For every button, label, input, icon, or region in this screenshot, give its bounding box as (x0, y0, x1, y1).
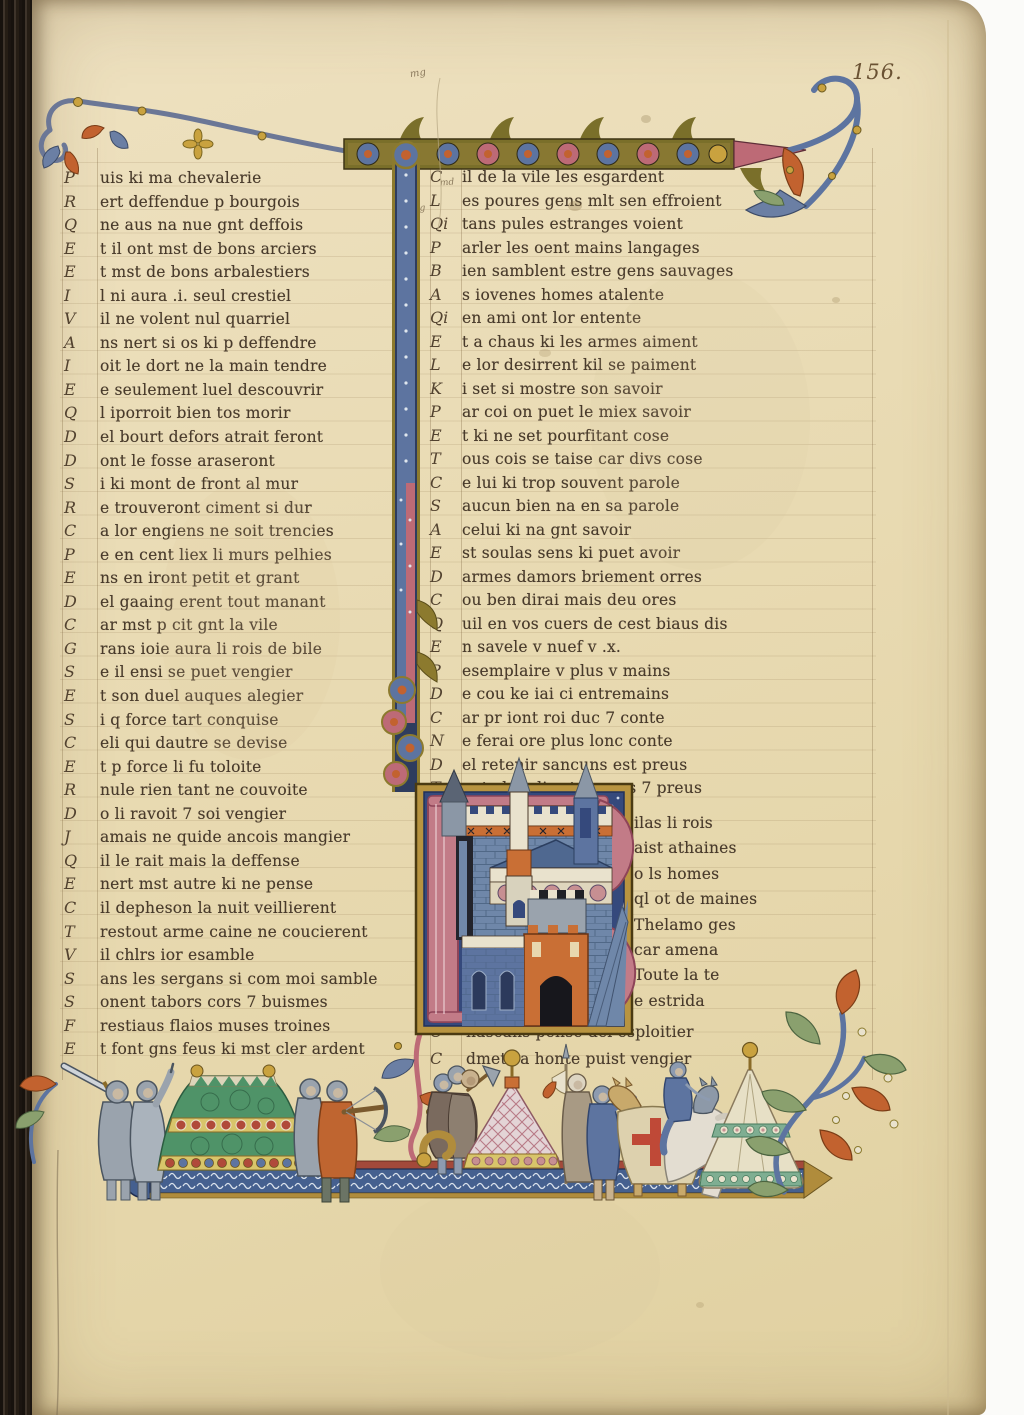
verse-line: e estrida (634, 992, 757, 1017)
verse-initial: E (64, 1039, 100, 1058)
verse-text: t font gns feus ki mst cler ardent (100, 1040, 365, 1058)
verse-text: ont le fosse araseront (100, 452, 275, 470)
verse-initial: E (64, 874, 100, 893)
verse-text: i set si mostre son savoir (462, 380, 663, 398)
verse-line: D el gaaing erent tout manant (64, 592, 378, 616)
verse-text: l iporroit bien tos morir (100, 404, 291, 422)
verse-initial: C (64, 733, 100, 752)
verse-text: e lui ki trop souvent parole (462, 474, 680, 492)
verse-text: nert mst autre ki ne pense (100, 875, 313, 893)
verse-text: e en cent liex li murs pelhies (100, 546, 332, 564)
verse-text: t a chaus ki les armes aiment (462, 333, 698, 351)
verse-initial: E (430, 426, 462, 445)
verse-text: ou ben dirai mais deu ores (462, 591, 677, 609)
verse-text: a lor engiens ne soit trencies (100, 522, 334, 540)
verse-initial: A (430, 285, 462, 304)
verse-initial: E (64, 239, 100, 258)
verse-text: Toute la te (634, 966, 720, 984)
verse-line: C ar pr iont roi duc 7 conte (430, 708, 734, 732)
verse-line: E nert mst autre ki ne pense (64, 874, 378, 898)
verse-initial: Qi (430, 308, 462, 327)
verse-line: S ans les sergans si com moi samble (64, 969, 378, 993)
verse-text: nule rien tant ne couvoite (100, 781, 308, 799)
verse-initial: P (64, 168, 100, 187)
verse-text: ilas li rois (634, 814, 713, 832)
verse-initial: D (430, 755, 462, 774)
verse-line: E t son duel auques alegier (64, 686, 378, 710)
verse-line: C hascans pense del esploitier (430, 1022, 694, 1049)
verse-text: onent tabors cors 7 buismes (100, 993, 328, 1011)
folio-number: 156. (852, 60, 903, 84)
verse-text: el gaaing erent tout manant (100, 593, 326, 611)
verse-text: il ne volent nul quarriel (100, 310, 290, 328)
verse-line: F restiaus flaios muses troines (64, 1016, 378, 1040)
verse-line: B ien samblent estre gens sauvages (430, 261, 734, 285)
verse-line: D armes damors briement orres (430, 567, 734, 591)
verse-initial: Q (430, 614, 462, 633)
verse-initial: C (430, 590, 462, 609)
verse-line: E t ki ne set pourfitant cose (430, 426, 734, 450)
left-text-column: P uis ki ma chevalerie R ert deffendue p… (64, 168, 378, 1063)
verse-line: J amais ne quide ancois mangier (64, 827, 378, 851)
verse-initial: R (64, 780, 100, 799)
verse-text: i ki mont de front al mur (100, 475, 298, 493)
verse-initial: P (430, 238, 462, 257)
verse-initial: I (64, 286, 100, 305)
verse-line: S aucun bien na en sa parole (430, 496, 734, 520)
verse-initial: P (430, 402, 462, 421)
verse-line: Q ne aus na nue gnt deffois (64, 215, 378, 239)
verse-text: ns en iront petit et grant (100, 569, 300, 587)
ruling-vertical (872, 148, 873, 1080)
verse-text: en ami ont lor entente (462, 309, 641, 327)
right-text-column: C il de la vile les esgardent L es poure… (430, 167, 734, 802)
verse-text: ne aus na nue gnt deffois (100, 216, 303, 234)
verse-line: E t mst de bons arbalestiers (64, 262, 378, 286)
verse-line: C il depheson la nuit veillierent (64, 898, 378, 922)
verse-line: R e trouveront ciment si dur (64, 498, 378, 522)
verse-line: Q l iporroit bien tos morir (64, 403, 378, 427)
verse-text: armes damors briement orres (462, 568, 702, 586)
verse-text: aist athaines (634, 839, 737, 857)
verse-text: esemplaire v plus v mains (462, 662, 671, 680)
verse-initial: N (430, 731, 462, 750)
verse-initial: S (64, 969, 100, 988)
verse-line: aist athaines (634, 839, 757, 864)
verse-line: C a lor engiens ne soit trencies (64, 521, 378, 545)
verse-text: o li ravoit 7 soi vengier (100, 805, 286, 823)
verse-text: e ferai ore plus lonc conte (462, 732, 673, 750)
verse-text: n savele v nuef v .x. (462, 638, 621, 656)
verse-line: L e lor desirrent kil se paiment (430, 355, 734, 379)
verse-line: Q il le rait mais la deffense (64, 851, 378, 875)
verse-initial: R (64, 498, 100, 517)
verse-text: o ls homes (634, 865, 719, 883)
verse-initial: A (430, 520, 462, 539)
verse-text: oit le dort ne la main tendre (100, 357, 327, 375)
verse-text: Thelamo ges (634, 916, 736, 934)
verse-initial: S (64, 474, 100, 493)
verse-text: celui ki na gnt savoir (462, 521, 631, 539)
verse-text: e il ensi se puet vengier (100, 663, 293, 681)
verse-text: amais ne quide ancois mangier (100, 828, 350, 846)
verse-initial: Q (64, 215, 100, 234)
verse-text: ar coi on puet le miex savoir (462, 403, 691, 421)
verse-text: arler les oent mains langages (462, 239, 700, 257)
verse-text: aucun bien na en sa parole (462, 497, 679, 515)
text-beside-miniature: ilas li rois aist athaines o ls homes ql… (634, 814, 757, 1017)
verse-initial: V (64, 945, 100, 964)
verse-line: I oit le dort ne la main tendre (64, 356, 378, 380)
verse-text: il le rait mais la deffense (100, 852, 300, 870)
verse-initial: E (430, 332, 462, 351)
verse-initial: T (430, 778, 462, 797)
verse-initial: C (430, 473, 462, 492)
verse-line: R ert deffendue p bourgois (64, 192, 378, 216)
verse-line: E e seulement luel descouvrir (64, 380, 378, 404)
verse-line: S e il ensi se puet vengier (64, 662, 378, 686)
verse-initial: C (430, 167, 462, 186)
verse-line: K i set si mostre son savoir (430, 379, 734, 403)
verse-line: Qi en ami ont lor entente (430, 308, 734, 332)
verse-text: el bourt defors atrait feront (100, 428, 323, 446)
verse-line: P ar coi on puet le miex savoir (430, 402, 734, 426)
verse-text: restiaus flaios muses troines (100, 1017, 330, 1035)
verse-line: L es poures gens mlt sen effroient (430, 191, 734, 215)
verse-text: uis ki ma chevalerie (100, 169, 261, 187)
verse-initial: S (430, 496, 462, 515)
verse-initial: C (430, 1022, 466, 1041)
verse-text: ans les sergans si com moi samble (100, 970, 378, 988)
verse-text: ien samblent estre gens sauvages (462, 262, 734, 280)
verse-text: il depheson la nuit veillierent (100, 899, 336, 917)
verse-text: es poures gens mlt sen effroient (462, 192, 722, 210)
verse-initial: D (64, 451, 100, 470)
verse-initial: I (64, 356, 100, 375)
verse-initial: E (64, 568, 100, 587)
verse-initial: E (64, 686, 100, 705)
verse-initial: G (64, 639, 100, 658)
verse-text: t p force li fu toloite (100, 758, 262, 776)
verse-initial: E (64, 757, 100, 776)
verse-line: ilas li rois (634, 814, 757, 839)
verse-line: R nule rien tant ne couvoite (64, 780, 378, 804)
verse-line: D ont le fosse araseront (64, 451, 378, 475)
verse-text: ont chou li ert honors 7 preus (462, 779, 702, 797)
verse-text: t ki ne set pourfitant cose (462, 427, 669, 445)
verse-text: t il ont mst de bons arciers (100, 240, 317, 258)
verse-text: st soulas sens ki puet avoir (462, 544, 680, 562)
verse-text: e trouveront ciment si dur (100, 499, 312, 517)
verse-initial: S (64, 662, 100, 681)
verse-initial: J (64, 827, 100, 846)
verse-initial: D (430, 684, 462, 703)
verse-initial: D (64, 427, 100, 446)
verse-text: uil en vos cuers de cest biaus dis (462, 615, 728, 633)
verse-initial: E (64, 380, 100, 399)
verse-line: V il chlrs ior esamble (64, 945, 378, 969)
verse-text: s iovenes homes atalente (462, 286, 664, 304)
verse-initial: C (430, 708, 462, 727)
verse-text: ar mst p cit gnt la vile (100, 616, 278, 634)
verse-line: I l ni aura .i. seul crestiel (64, 286, 378, 310)
verse-line: E st soulas sens ki puet avoir (430, 543, 734, 567)
verse-line: P arler les oent mains langages (430, 238, 734, 262)
verse-initial: S (64, 992, 100, 1011)
verse-initial: Q (64, 403, 100, 422)
pen-mark: cmg (406, 203, 426, 214)
verse-initial: D (430, 567, 462, 586)
verse-line: T ont chou li ert honors 7 preus (430, 778, 734, 802)
verse-text: il de la vile les esgardent (462, 168, 664, 186)
verse-text: ql ot de maines (634, 890, 757, 908)
verse-line: E n savele v nuef v .x. (430, 637, 734, 661)
verse-text: eli qui dautre se devise (100, 734, 287, 752)
verse-text: e cou ke iai ci entremains (462, 685, 669, 703)
verse-initial: E (430, 543, 462, 562)
verse-line: o ls homes (634, 865, 757, 890)
verse-line: P e en cent liex li murs pelhies (64, 545, 378, 569)
verse-initial: D (64, 592, 100, 611)
verse-line: C il de la vile les esgardent (430, 167, 734, 191)
verse-line: V il ne volent nul quarriel (64, 309, 378, 333)
verse-initial: T (430, 449, 462, 468)
verse-line: E t il ont mst de bons arciers (64, 239, 378, 263)
verse-initial: C (64, 898, 100, 917)
verse-line: E t font gns feus ki mst cler ardent (64, 1039, 378, 1063)
verse-line: A s iovenes homes atalente (430, 285, 734, 309)
verse-line: E t p force li fu toloite (64, 757, 378, 781)
verse-initial: P (430, 661, 462, 680)
verse-text: il chlrs ior esamble (100, 946, 255, 964)
verse-line: A celui ki na gnt savoir (430, 520, 734, 544)
pen-mark: mg (409, 67, 426, 80)
verse-text: e seulement luel descouvrir (100, 381, 323, 399)
verse-text: restout arme caine ne coucierent (100, 923, 368, 941)
verse-line: T ous cois se taise car divs cose (430, 449, 734, 473)
verse-text: e estrida (634, 992, 705, 1010)
verse-text: dmet sa honte puist vengier (466, 1050, 691, 1068)
verse-initial: A (64, 333, 100, 352)
verse-line: ql ot de maines (634, 890, 757, 915)
verse-line: A ns nert si os ki p deffendre (64, 333, 378, 357)
verse-line: Q uil en vos cuers de cest biaus dis (430, 614, 734, 638)
verse-text: car amena (634, 941, 718, 959)
verse-initial: Qi (430, 214, 462, 233)
verse-initial: P (64, 545, 100, 564)
verse-line: D el retenir sancuns est preus (430, 755, 734, 779)
verse-line: D e cou ke iai ci entremains (430, 684, 734, 708)
verse-text: e lor desirrent kil se paiment (462, 356, 696, 374)
verse-line: E ns en iront petit et grant (64, 568, 378, 592)
verse-line: E t a chaus ki les armes aiment (430, 332, 734, 356)
verse-line: G rans ioie aura li rois de bile (64, 639, 378, 663)
verse-line: C e lui ki trop souvent parole (430, 473, 734, 497)
verse-line: car amena (634, 941, 757, 966)
verse-line: C dmet sa honte puist vengier (430, 1049, 694, 1076)
verse-line: P uis ki ma chevalerie (64, 168, 378, 192)
verse-line: N e ferai ore plus lonc conte (430, 731, 734, 755)
verse-text: rans ioie aura li rois de bile (100, 640, 322, 658)
verse-initial: E (64, 262, 100, 281)
verse-text: el retenir sancuns est preus (462, 756, 687, 774)
verse-initial: E (430, 637, 462, 656)
verse-initial: R (64, 192, 100, 211)
verse-text: ert deffendue p bourgois (100, 193, 300, 211)
verse-line: C ou ben dirai mais deu ores (430, 590, 734, 614)
verse-line: S onent tabors cors 7 buismes (64, 992, 378, 1016)
verse-line: D o li ravoit 7 soi vengier (64, 804, 378, 828)
verse-text: ar pr iont roi duc 7 conte (462, 709, 665, 727)
verse-initial: C (64, 521, 100, 540)
manuscript-page-scan: 156. mg md cmg P uis ki ma chevalerie R … (0, 0, 1024, 1415)
verse-text: i q force tart conquise (100, 711, 279, 729)
verse-line: S i q force tart conquise (64, 710, 378, 734)
verse-text: t mst de bons arbalestiers (100, 263, 310, 281)
verse-text: ns nert si os ki p deffendre (100, 334, 317, 352)
verse-line: T restout arme caine ne coucierent (64, 922, 378, 946)
verse-line: P esemplaire v plus v mains (430, 661, 734, 685)
verse-initial: T (64, 922, 100, 941)
verse-initial: L (430, 355, 462, 374)
verse-text: tans pules estranges voient (462, 215, 683, 233)
verse-line: D el bourt defors atrait feront (64, 427, 378, 451)
verse-initial: C (430, 1049, 466, 1068)
verse-text: hascans pense del esploitier (466, 1023, 694, 1041)
right-column-last-lines: C hascans pense del esploitier C dmet sa… (430, 1022, 694, 1075)
verse-line: C eli qui dautre se devise (64, 733, 378, 757)
verse-text: ous cois se taise car divs cose (462, 450, 703, 468)
verse-initial: Q (64, 851, 100, 870)
verse-initial: V (64, 309, 100, 328)
verse-initial: B (430, 261, 462, 280)
verse-text: l ni aura .i. seul crestiel (100, 287, 291, 305)
verse-line: C ar mst p cit gnt la vile (64, 615, 378, 639)
verse-initial: K (430, 379, 462, 398)
verse-line: Toute la te (634, 966, 757, 991)
ruling-vertical (62, 148, 63, 1080)
verse-initial: C (64, 615, 100, 634)
verse-line: S i ki mont de front al mur (64, 474, 378, 498)
verse-initial: F (64, 1016, 100, 1035)
verse-line: Qi tans pules estranges voient (430, 214, 734, 238)
verse-text: t son duel auques alegier (100, 687, 303, 705)
verse-initial: S (64, 710, 100, 729)
verse-initial: L (430, 191, 462, 210)
verse-initial: D (64, 804, 100, 823)
verse-line: Thelamo ges (634, 916, 757, 941)
